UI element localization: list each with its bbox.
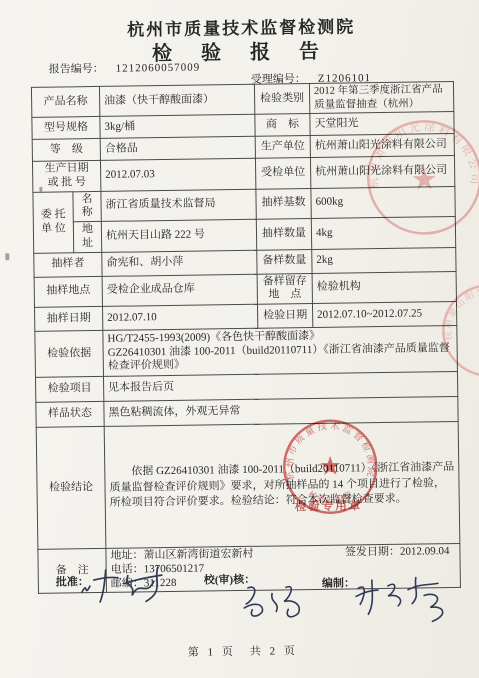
production-date-label: 生产日期 或 批 号 xyxy=(32,160,100,191)
approver-signature xyxy=(74,557,185,607)
inspection-basis-label: 检验依据 xyxy=(35,330,104,377)
table-row: 检验结论 依据 GZ26410301 油漆 100-2011（build2011… xyxy=(36,421,460,549)
client-addr-value: 杭州天目山路 222 号 xyxy=(101,219,256,252)
inspection-basis-value: HG/T2455-1993(2009)《各色快干醇酸面漆》 GZ26410301… xyxy=(103,325,458,376)
report-number-line: 报告编号：1212060057009 xyxy=(49,59,201,77)
trademark-value: 天堂阳光 xyxy=(310,111,454,135)
sampling-base-label: 抽样基数 xyxy=(256,188,311,219)
inspection-date-label: 检验日期 xyxy=(257,303,312,328)
production-date-value: 2012.07.03 xyxy=(100,158,255,191)
conclusion-label: 检验结论 xyxy=(36,426,106,549)
conclusion-text: 依据 GZ26410301 油漆 100-2011（build20110711）… xyxy=(109,460,455,513)
report-number-label: 报告编号： xyxy=(49,63,104,76)
seal-caption: 检验专用章 xyxy=(295,497,363,514)
client-unit-label: 委 托 单 位 xyxy=(33,191,74,253)
backup-place-value: 检验机构 xyxy=(312,271,456,304)
preparer-signature xyxy=(350,569,451,626)
inspection-date-value: 2012.07.10~2012.07.25 xyxy=(312,301,456,327)
sampling-date-value: 2012.07.10 xyxy=(103,304,258,330)
backup-qty-label: 备样数量 xyxy=(257,249,312,274)
model-spec-value: 3kg/桶 xyxy=(100,114,255,138)
backup-place-label: 备样留存 地 点 xyxy=(257,273,312,304)
report-table: 产品名称 油漆（快干醇酸面漆） 检验类别 2012 年第三季度浙江省产品质量监督… xyxy=(31,81,461,594)
sampler-value: 俞宪和、胡小萍 xyxy=(102,250,257,276)
sampling-qty-value: 4kg xyxy=(311,216,455,249)
table-row: 检验依据 HG/T2455-1993(2009)《各色快干醇酸面漆》 GZ264… xyxy=(35,325,458,377)
producer-label: 生产单位 xyxy=(255,135,310,158)
sampling-date-label: 抽样日期 xyxy=(35,306,103,331)
grade-label: 等 级 xyxy=(32,138,100,161)
inspection-category-value: 2012 年第三季度浙江省产品质量监督抽查（杭州） xyxy=(309,81,453,113)
checker-signature xyxy=(238,573,329,622)
inspection-items-label: 检验项目 xyxy=(35,376,103,402)
inspection-category-label: 检验类别 xyxy=(254,84,309,115)
model-spec-label: 型号规格 xyxy=(32,116,100,139)
client-addr-label: 地 址 xyxy=(73,221,101,252)
sampling-qty-label: 抽样数量 xyxy=(256,218,311,249)
product-name-value: 油漆（快干醇酸面漆） xyxy=(99,84,254,116)
issue-date: 签发日期：2012.09.04 xyxy=(345,545,450,560)
conclusion-cell: 依据 GZ26410301 油漆 100-2011（build20110711）… xyxy=(104,421,460,548)
inspected-unit-label: 受检单位 xyxy=(255,157,310,188)
scan-artifact xyxy=(68,162,70,164)
producer-value: 杭州萧山阳光涂料有限公司 xyxy=(310,133,454,157)
product-name-label: 产品名称 xyxy=(31,86,99,117)
paper-sheet: 杭州市质量技术监督检测院 检 验 报 告 报告编号：1212060057009 … xyxy=(0,0,479,678)
grade-value: 合格品 xyxy=(100,136,255,160)
sampling-place-value: 受检企业成品仓库 xyxy=(102,274,257,307)
scan-artifact xyxy=(5,253,9,260)
trademark-label: 商 标 xyxy=(255,113,310,136)
sampler-label: 抽样者 xyxy=(34,252,102,277)
scan-artifact xyxy=(39,187,42,192)
report-number-value: 1212060057009 xyxy=(116,62,201,75)
scanned-report-page: 杭州市质量技术监督检测院 检 验 报 告 报告编号：1212060057009 … xyxy=(0,0,479,678)
client-name-value: 浙江省质量技术监督局 xyxy=(101,189,256,222)
sampling-base-value: 600kg xyxy=(311,186,455,219)
client-name-label: 名 称 xyxy=(73,191,101,222)
sample-state-label: 样品状态 xyxy=(36,401,104,427)
sampling-place-label: 抽样地点 xyxy=(34,276,102,307)
backup-qty-value: 2kg xyxy=(312,247,456,273)
page-footer: 第 1 页 共 2 页 xyxy=(188,642,298,660)
inspected-unit-value: 杭州萧山阳光涂料有限公司 xyxy=(310,155,454,188)
